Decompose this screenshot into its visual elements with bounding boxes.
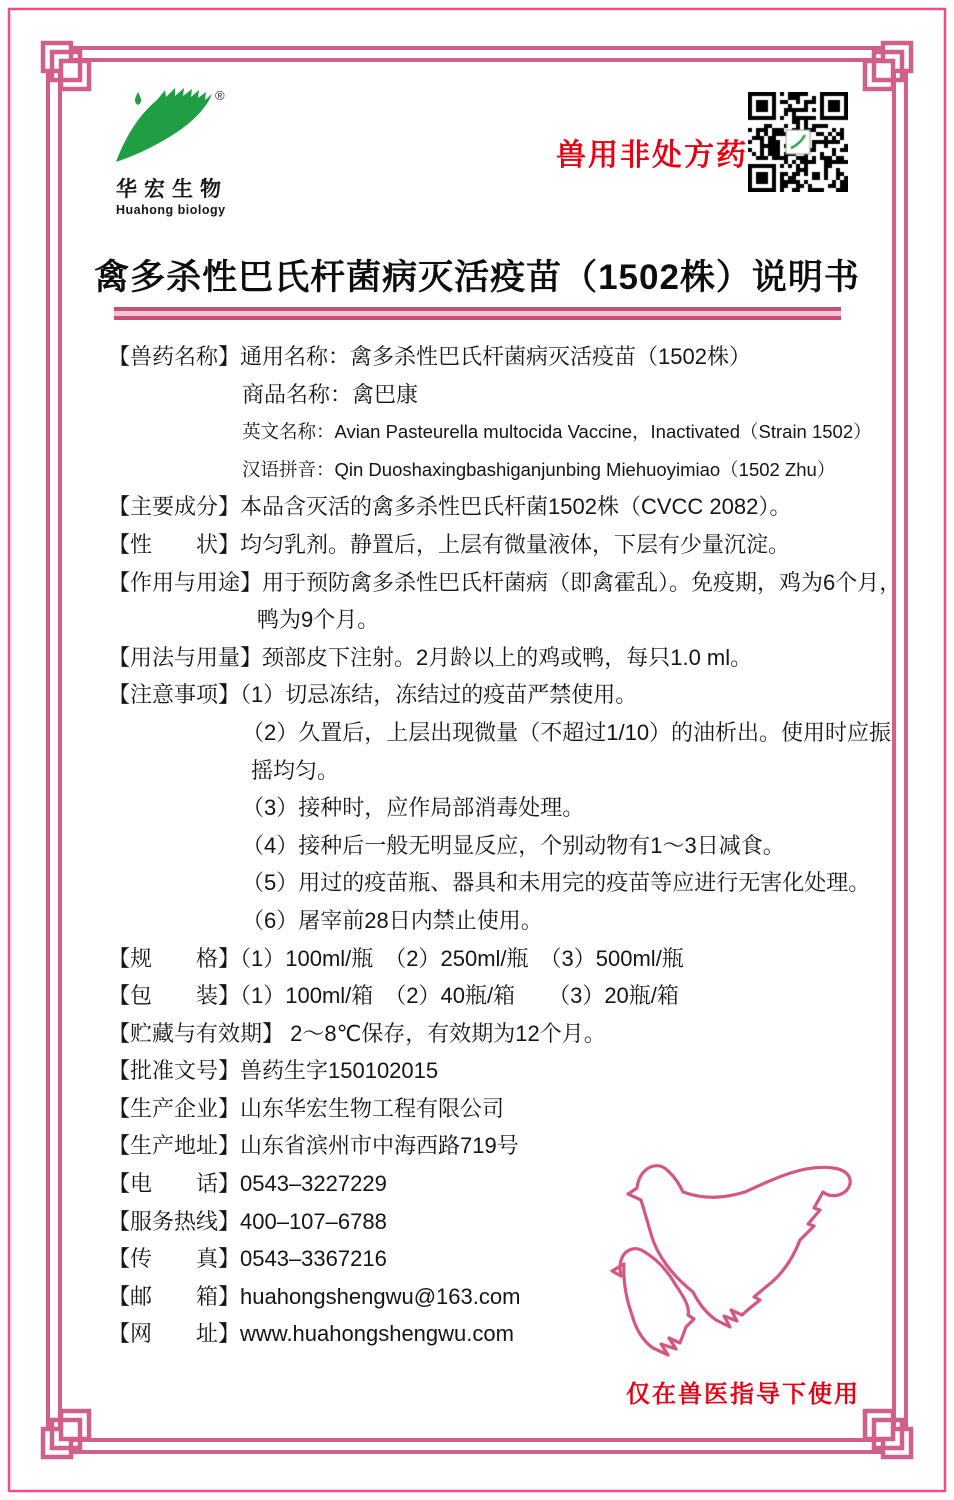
line-precaution-1: 【注意事项】（1）切忌冻结，冻结过的疫苗严禁使用。 <box>108 676 898 714</box>
logo-english-name: Huahong biology <box>116 203 292 217</box>
line-main-ingredient: 【主要成分】本品含灭活的禽多杀性巴氏杆菌1502株（CVCC 2082）。 <box>108 488 898 526</box>
line-trade-name: 商品名称：禽巴康 <box>242 376 898 414</box>
company-logo: ® 华宏生物 Huahong biology <box>112 86 292 217</box>
line-precaution-2b: 摇均匀。 <box>251 752 898 790</box>
line-precaution-3: （3）接种时，应作局部消毒处理。 <box>242 789 898 827</box>
registered-mark: ® <box>215 88 225 103</box>
package-insert-page: ® 华宏生物 Huahong biology 兽用非处方药 禽多杀性巴氏杆菌病灭… <box>0 0 954 1500</box>
page-title: 禽多杀性巴氏杆菌病灭活疫苗（1502株）说明书 <box>0 250 954 300</box>
line-approval-number: 【批准文号】兽药生字150102015 <box>108 1052 898 1090</box>
line-indications-1: 【作用与用途】用于预防禽多杀性巴氏杆菌病（即禽霍乱）。免疫期，鸡为6个月， <box>108 564 898 602</box>
line-indications-2: 鸭为9个月。 <box>257 601 898 639</box>
qr-code <box>748 92 848 192</box>
droplet-icon <box>135 92 141 105</box>
leaf-swoosh-icon: ® <box>112 86 232 166</box>
line-packaging: 【包 装】（1）100ml/箱 （2）40瓶/箱 （3）20瓶/箱 <box>108 977 898 1015</box>
line-manufacturer: 【生产企业】山东华宏生物工程有限公司 <box>108 1090 898 1128</box>
chicken-outline-icon <box>603 1146 885 1378</box>
qr-canvas <box>748 92 848 192</box>
line-drug-name: 【兽药名称】通用名称：禽多杀性巴氏杆菌病灭活疫苗（1502株） <box>108 338 898 376</box>
line-specification: 【规 格】（1）100ml/瓶 （2）250ml/瓶 （3）500ml/瓶 <box>108 940 898 978</box>
title-double-rule <box>114 307 841 320</box>
line-english-name: 英文名称：Avian Pasteurella multocida Vaccine… <box>242 413 898 451</box>
logo-chinese-name: 华宏生物 <box>116 173 292 203</box>
line-precaution-2a: （2）久置后，上层出现微量（不超过1/10）的油析出。使用时应振 <box>242 714 898 752</box>
line-description: 【性 状】均匀乳剂。静置后，上层有微量液体，下层有少量沉淀。 <box>108 526 898 564</box>
line-precaution-5: （5）用过的疫苗瓶、器具和未用完的疫苗等应进行无害化处理。 <box>242 864 898 902</box>
line-dosage: 【用法与用量】颈部皮下注射。2月龄以上的鸡或鸭，每只1.0 ml。 <box>108 639 898 677</box>
line-precaution-4: （4）接种后一般无明显反应，个别动物有1～3日减食。 <box>242 827 898 865</box>
vet-guidance-label: 仅在兽医指导下使用 <box>626 1374 860 1409</box>
line-storage: 【贮藏与有效期】 2～8℃保存，有效期为12个月。 <box>108 1015 898 1053</box>
otc-label: 兽用非处方药 <box>556 130 748 174</box>
line-precaution-6: （6）屠宰前28日内禁止使用。 <box>242 902 898 940</box>
line-pinyin-name: 汉语拼音：Qin Duoshaxingbashiganjunbing Miehu… <box>242 451 898 489</box>
